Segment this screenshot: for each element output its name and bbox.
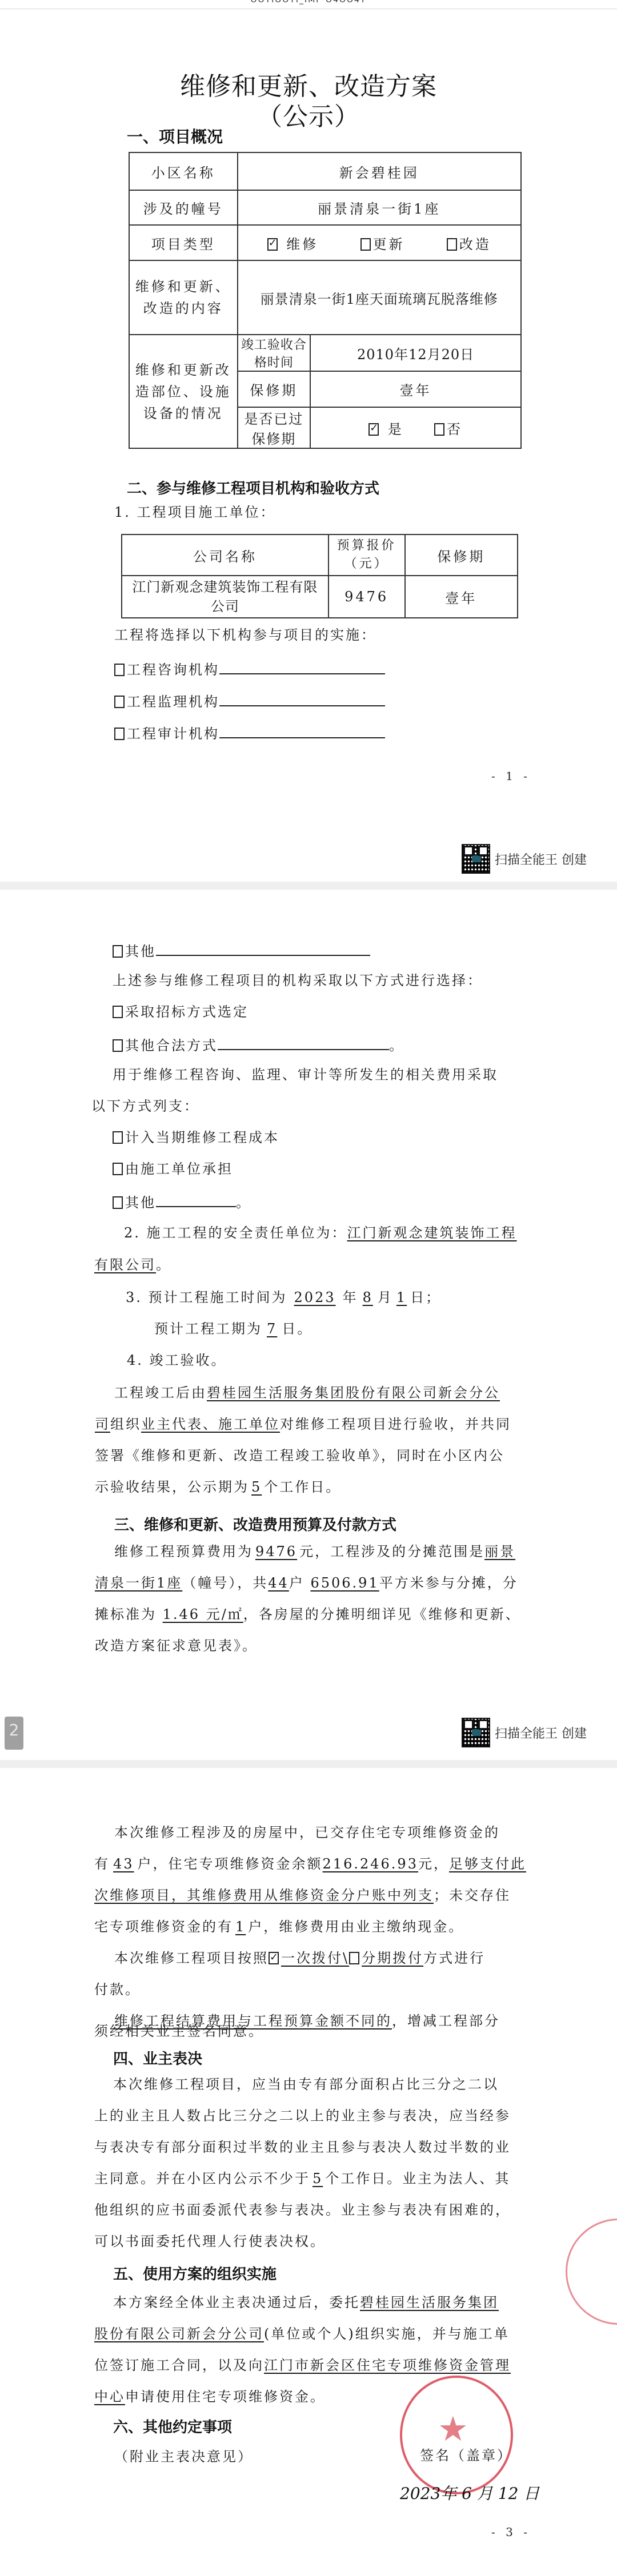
- partial-seal: [566, 2219, 617, 2325]
- file-label: OOTIOOTI_IMP O4OO4T: [217, 0, 400, 5]
- parts-label: 维修和更新改 造部位、设施 设备的情况: [129, 335, 238, 448]
- checkbox-icon: [447, 238, 457, 251]
- company-seal: ★: [400, 2376, 513, 2494]
- budget-line1: 维修工程预算费用为9476元，工程涉及的分摊范围是丽景: [114, 1545, 515, 1558]
- payment-lump-sum[interactable]: 一次拨付: [269, 1950, 343, 1966]
- signature-label: 签名（盖章）: [420, 2449, 512, 2462]
- fees-other-blank[interactable]: [156, 1193, 236, 1207]
- item-1-label: 1. 工程项目施工单位：: [114, 505, 276, 519]
- page-separator: [0, 882, 617, 890]
- page-number-1: - 1 -: [491, 769, 531, 783]
- checkbox-icon: [113, 1163, 123, 1175]
- project-overview-table: 小区名称 新会碧桂园 涉及的幢号 丽景清泉一街1座 项目类型 维修 更新 改造 …: [129, 152, 522, 449]
- selection-tender[interactable]: 采取招标方式选定: [113, 1005, 249, 1019]
- acceptance-value: 2010年12月20日: [310, 335, 521, 371]
- checkbox-icon: [113, 1039, 123, 1052]
- rate-value: 1.46 元/㎡: [163, 1606, 243, 1622]
- item-4-acceptance: 4. 竣工验收。: [127, 1353, 227, 1367]
- impl-line2: 股份有限公司新会分公司(单位或个人)组织实施，并与施工单: [94, 2327, 510, 2341]
- vote-line3: 与表决专有部分面积过半数的业主且参与表决人数过半数的业: [94, 2140, 511, 2154]
- header-warranty: 保修期: [405, 535, 518, 576]
- fees-intro-line1: 用于维修工程咨询、监理、审计等所发生的相关费用采取: [113, 1068, 498, 1082]
- acceptance-label: 竣工验收合格时间: [238, 335, 311, 371]
- section-6-heading: 六、其他约定事项: [113, 2416, 232, 2437]
- selection-other-blank[interactable]: [218, 1036, 389, 1050]
- start-day: 1: [393, 1289, 410, 1305]
- section-6-note: （附业主表决意见）: [114, 2450, 253, 2464]
- payment-installments[interactable]: 分期拨付: [349, 1950, 423, 1966]
- type-option-update[interactable]: 更新: [360, 236, 405, 252]
- duration-days: 7: [262, 1321, 282, 1337]
- page-badge-2: 2: [5, 1717, 23, 1750]
- start-year: 2023: [287, 1289, 343, 1305]
- vote-line2: 上的业主且人数占比三分之二以上的业主参与表决，应当经参: [94, 2109, 511, 2123]
- unfunded-households: 1: [233, 1919, 248, 1935]
- header-price: 预算报价 （元）: [328, 535, 405, 576]
- expired-no[interactable]: 否: [434, 421, 463, 437]
- acceptance-paragraph-line2: 司组织业主代表、施工单位对维修工程项目进行验收，并共同: [95, 1417, 511, 1431]
- price-value: 9476: [328, 576, 405, 618]
- area-value: 6506.91: [310, 1575, 379, 1591]
- impl-line4: 中心申请使用住宅专项维修资金。: [94, 2390, 326, 2404]
- org-other-blank[interactable]: [156, 942, 370, 956]
- checkbox-checked-icon: [368, 423, 379, 436]
- item-2-safety: 2. 施工工程的安全责任单位为：江门新观念建筑装饰工程: [124, 1226, 517, 1240]
- impl-line3: 位签订施工合同，以及向江门市新会区住宅专项维修资金管理: [94, 2358, 511, 2372]
- qr-code-icon: [462, 1718, 490, 1747]
- acceptance-paragraph-line4: 示验收结果，公示期为5个工作日。: [95, 1480, 341, 1494]
- households-count: 44: [268, 1575, 289, 1591]
- selection-other-legal[interactable]: 其他合法方式。: [113, 1036, 404, 1052]
- content-label: 维修和更新、 改造的内容: [129, 260, 238, 335]
- page-number-3: - 3 -: [491, 2525, 531, 2539]
- impl-line1: 本方案经全体业主表决通过后，委托碧桂园生活服务集团: [113, 2296, 499, 2309]
- acceptance-paragraph-line3: 签署《维修和更新、改造工程竣工验收单》，同时在小区内公: [95, 1449, 504, 1462]
- qr-code-icon: [462, 844, 490, 874]
- checkbox-icon: [360, 238, 371, 251]
- vote-line1: 本次维修工程项目，应当由专有部分面积占比三分之二以: [113, 2077, 499, 2091]
- implementing-company: 碧桂园生活服务集团: [360, 2294, 499, 2310]
- section-4-heading: 四、业主表决: [113, 2047, 202, 2068]
- warranty-value: 壹年: [310, 371, 521, 407]
- community-value: 新会碧桂园: [238, 152, 522, 190]
- vote-line5: 他组织的应书面委派代表参与表决。业主参与表决有困难的，: [94, 2203, 511, 2217]
- org-consulting-blank[interactable]: [219, 661, 385, 674]
- contractor-table: 公司名称 预算报价 （元） 保修期 江门新观念建筑装饰工程有限 公司 9476 …: [121, 534, 518, 618]
- notice-days: 5: [310, 2171, 325, 2187]
- content-value: 丽景清泉一街1座天面琉璃瓦脱落维修: [238, 260, 522, 335]
- document-subtitle: （公示）: [0, 96, 617, 132]
- checkbox-icon: [113, 1006, 123, 1018]
- fund-center: 江门市新会区住宅专项维修资金管理: [264, 2357, 511, 2373]
- vote-line4: 主同意。并在小区内公示不少于5个工作日。业主为法人、其: [94, 2172, 510, 2185]
- type-options: 维修 更新 改造: [238, 225, 522, 260]
- org-consulting[interactable]: 工程咨询机构: [114, 661, 385, 677]
- fees-current-cost[interactable]: 计入当期维修工程成本: [113, 1131, 279, 1144]
- safety-company: 江门新观念建筑装饰工程: [347, 1225, 517, 1241]
- budget-line3: 摊标准为 1.46 元/㎡，各房屋的分摊明细详见《维修和更新、: [95, 1608, 521, 1621]
- checkbox-icon: [113, 1196, 123, 1209]
- fund-line1: 本次维修工程涉及的房屋中，已交存住宅专项维修资金的: [114, 1826, 500, 1839]
- budget-amount: 9476: [253, 1544, 299, 1560]
- checkbox-icon: [113, 945, 123, 958]
- org-supervision[interactable]: 工程监理机构: [114, 693, 385, 709]
- checkbox-icon: [434, 423, 444, 436]
- scanner-watermark: 扫描全能王 创建: [462, 844, 587, 874]
- org-other[interactable]: 其他: [113, 942, 370, 958]
- expired-label: 是否已过保修期: [238, 407, 311, 448]
- section-1-heading: 一、项目概况: [127, 124, 223, 147]
- funded-households: 43: [110, 1856, 138, 1872]
- item-2-safety-cont: 有限公司。: [94, 1258, 171, 1272]
- section-3-heading: 三、维修和更新、改造费用预算及付款方式: [114, 1513, 396, 1534]
- checkbox-icon: [113, 1131, 123, 1144]
- checkbox-icon: [349, 1952, 359, 1964]
- start-month: 8: [358, 1289, 378, 1305]
- publicity-days: 5: [249, 1479, 264, 1495]
- property-company: 碧桂园生活服务集团股份有限公司新会分公: [207, 1385, 500, 1401]
- header-company: 公司名称: [122, 535, 328, 576]
- checkbox-checked-icon: [269, 1952, 279, 1964]
- org-audit[interactable]: 工程审计机构: [114, 725, 385, 741]
- acceptance-paragraph-line1: 工程竣工后由碧桂园生活服务集团股份有限公司新会分公: [114, 1386, 500, 1400]
- checkbox-icon: [114, 696, 125, 708]
- fees-intro-line2: 以下方式列支：: [91, 1099, 199, 1113]
- type-option-renovate[interactable]: 改造: [447, 236, 491, 252]
- vote-line6: 可以书面委托代理人行使表决权。: [94, 2235, 326, 2248]
- settlement-line2: 须经相关业主签名同意。: [94, 2024, 264, 2038]
- checkbox-icon: [114, 664, 125, 676]
- fund-balance: 216.246.93: [323, 1856, 418, 1872]
- scope-building: 清泉一街1座: [95, 1575, 182, 1591]
- budget-line4: 改造方案征求意见表》。: [95, 1639, 258, 1653]
- fund-line2: 有43户，住宅专项维修资金余额216.246.93元，足够支付此: [94, 1857, 526, 1871]
- building-label: 涉及的幢号: [129, 190, 238, 225]
- org-supervision-blank[interactable]: [219, 693, 385, 706]
- fund-line4: 宅专项维修资金的有1户，维修费用由业主缴纳现金。: [94, 1920, 464, 1934]
- warranty-label: 保修期: [238, 371, 311, 407]
- building-value: 丽景清泉一街1座: [238, 190, 522, 225]
- seal-star-icon: ★: [438, 2409, 468, 2449]
- type-option-repair[interactable]: 维修: [267, 236, 319, 252]
- community-label: 小区名称: [129, 152, 238, 190]
- payment-line1: 本次维修工程项目按照一次拨付\分期拨付方式进行: [114, 1951, 485, 1965]
- signature-date: 2023年 6 月 12 日: [400, 2481, 539, 2504]
- section-5-heading: 五、使用方案的组织实施: [113, 2262, 277, 2284]
- warranty-value: 壹年: [405, 576, 518, 618]
- expired-options: 是 否: [310, 407, 521, 448]
- payment-options: 一次拨付\分期拨付: [269, 1950, 423, 1966]
- item-3-schedule: 3. 预计工程施工时间为2023年8月1日；: [126, 1291, 441, 1304]
- budget-line2: 清泉一街1座（幢号），共44户 6506.91平方米参与分摊，分: [95, 1576, 518, 1590]
- org-audit-blank[interactable]: [219, 725, 385, 738]
- selection-intro: 上述参与维修工程项目的机构采取以下方式进行选择：: [113, 974, 483, 987]
- section-2-heading: 二、参与维修工程项目机构和验收方式: [127, 477, 379, 498]
- fees-contractor[interactable]: 由施工单位承担: [113, 1162, 233, 1176]
- expired-yes[interactable]: 是: [368, 421, 404, 437]
- page-separator: [0, 1760, 617, 1768]
- fees-other[interactable]: 其他。: [113, 1193, 251, 1209]
- checkbox-icon: [114, 728, 125, 740]
- scanner-watermark: 扫描全能王 创建: [462, 1718, 587, 1747]
- type-label: 项目类型: [129, 225, 238, 260]
- company-name: 江门新观念建筑装饰工程有限 公司: [122, 576, 328, 618]
- fund-line3: 次维修项目，其维修费用从维修资金分户账中列支；未交存住: [94, 1888, 511, 1902]
- checkbox-checked-icon: [267, 238, 278, 251]
- orgs-intro: 工程将选择以下机构参与项目的实施：: [114, 628, 376, 642]
- payment-line2: 付款。: [94, 1983, 141, 1996]
- duration: 预计工程工期为7日。: [154, 1322, 312, 1336]
